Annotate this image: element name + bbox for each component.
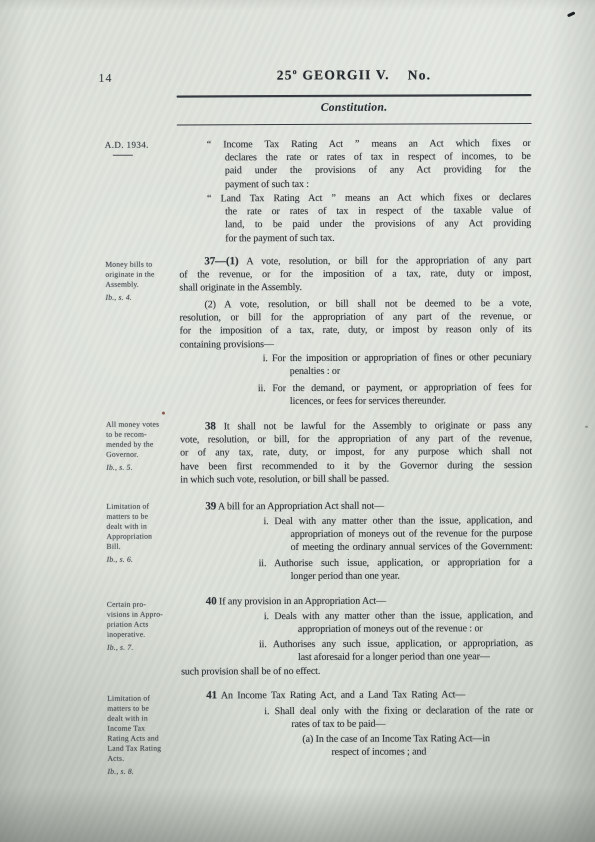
section-37-subsection-2: (2) A vote, resolution, or bill shall no… [179, 297, 531, 351]
margin-note-line: Assembly. [105, 280, 179, 290]
text-line: land, to be paid under the provisions of… [225, 217, 531, 232]
section-37-subsection-1: 37—(1) A vote, resolution, or bill for t… [179, 254, 531, 295]
margin-note-citation: Ib., s. 5. [106, 463, 180, 473]
section-41: 41 An Income Tax Rating Act, and a Land … [181, 688, 533, 703]
ink-speck [585, 426, 588, 428]
margin-note-citation: Ib., s. 8. [108, 767, 182, 777]
text-line: 41 An Income Tax Rating Act, and a Land … [206, 688, 533, 703]
text-line: 40 If any provision in an Appropriation … [206, 594, 533, 609]
section-38: 38 It shall not be lawful for the Assemb… [180, 419, 532, 486]
text-line: such provision shall be of no effect. [181, 664, 533, 679]
margin-note-line: Governor. [106, 450, 180, 460]
section-number: 38 [205, 420, 216, 432]
section-number: 39 [205, 500, 216, 512]
margin-note-citation: Ib., s. 4. [105, 293, 179, 303]
scanned-page: 14 25o GEORGII V.No. Constitution. A.D. … [0, 0, 595, 842]
text-line: last aforesaid for a longer period than … [298, 650, 533, 664]
text-line: containing provisions— [180, 337, 532, 352]
text-line: i. Deal with any matter other than the i… [263, 514, 532, 528]
margin-note-line: Appropriation [106, 532, 180, 542]
section-39-item-ii: ii. Authorise such issue, application, o… [181, 556, 533, 584]
text-line: appropriation of moneys out of the reven… [298, 622, 533, 636]
margin-note-line: Money bills to [105, 260, 179, 270]
text-line: for the payment of such tax. [225, 231, 531, 246]
margin-note-line: Limitation of [107, 694, 181, 704]
text-line: appropriation of moneys out of the reven… [290, 527, 532, 541]
margin-note-line: Acts. [107, 754, 181, 764]
act-subtitle: Constitution. [177, 101, 532, 115]
margin-note-line: visions in Appro- [107, 610, 181, 620]
section-41-item-i-para-a: (a) In the case of an Income Tax Rating … [181, 732, 533, 760]
margin-note-line: to be recom- [106, 430, 180, 440]
header-rule-top [177, 94, 532, 98]
text-line: (a) In the case of an Income Tax Rating … [302, 732, 533, 746]
text-line: i. For the imposition or appropriation o… [263, 351, 532, 365]
section-40-item-i: i. Deals with any matter other than the … [181, 609, 533, 637]
margin-note-line: Limitation of [106, 502, 180, 512]
section-40-item-ii: ii. Authorises any such issue, applicati… [181, 637, 533, 665]
text-line: or of any tax, rate, duty, or impost, fo… [180, 445, 532, 460]
text-line: penalties : or [290, 364, 532, 378]
section-37-item-i: i. For the imposition or appropriation o… [180, 351, 532, 379]
section-40-closing: such provision shall be of no effect. [181, 664, 533, 679]
section-number: 37—(1) [204, 255, 238, 267]
margin-note-s6: Limitation of matters to be dealt with i… [106, 502, 180, 565]
text-line: paid under the provisions of any Act pro… [225, 163, 531, 178]
margin-note-s7: Certain pro- visions in Appro- priation … [107, 600, 181, 653]
margin-note-s8: Limitation of matters to be dealt with i… [107, 694, 181, 777]
text-line: the rate or rates of tax in respect of t… [225, 204, 531, 219]
page-sheet: 14 25o GEORGII V.No. Constitution. A.D. … [0, 0, 595, 842]
text-run: If any provision in an Appropriation Act… [217, 596, 386, 608]
number-label: No. [408, 67, 432, 83]
margin-note-line: Certain pro- [107, 600, 181, 610]
section-40: 40 If any provision in an Appropriation … [181, 594, 533, 609]
margin-note-s4: Money bills to originate in the Assembly… [105, 260, 179, 303]
margin-note-line: matters to be [106, 512, 180, 522]
text-line: in which such vote, resolution, or bill … [180, 472, 532, 487]
text-run: An Income Tax Rating Act, and a Land Tax… [217, 689, 465, 701]
definition-land-tax-rating-act: “ Land Tax Rating Act ” means an Act whi… [179, 191, 531, 245]
regnal-ordinal: o [293, 67, 298, 76]
margin-note-line: Bill. [107, 542, 181, 552]
text-line: ii. Authorises any such issue, applicati… [259, 637, 533, 651]
text-line: rates of tax to be paid— [291, 717, 533, 731]
monarch-name: GEORGII V. [302, 67, 389, 82]
margin-note-s5: All money votes to be recom- mended by t… [106, 420, 180, 473]
text-run: A bill for an Appropriation Act shall no… [216, 501, 384, 513]
section-number: 40 [206, 595, 217, 607]
page-number: 14 [98, 71, 112, 86]
regnal-year: 25 [277, 68, 293, 83]
text-line: respect of incomes ; and [331, 745, 533, 759]
text-line: ii. For the demand, or payment, or appro… [258, 381, 532, 395]
text-run: It shall not be lawful for the Assembly … [216, 420, 532, 432]
text-line: have been first recommended to it by the… [180, 459, 532, 474]
text-line: i. Shall deal only with the fixing or de… [264, 704, 533, 718]
running-title: 25o GEORGII V.No. [176, 66, 531, 84]
text-line: longer period than one year. [291, 569, 533, 583]
margin-note-line: matters to be [107, 704, 181, 714]
text-line: of meeting the ordinary annual services … [291, 540, 533, 554]
section-39-item-i: i. Deal with any matter other than the i… [180, 514, 532, 555]
definition-income-tax-rating-act: “ Income Tax Rating Act ” means an Act w… [179, 137, 531, 191]
margin-note-citation: Ib., s. 7. [107, 643, 181, 653]
margin-note-line: Land Tax Rating [107, 744, 181, 754]
text-line: 39 A bill for an Appropriation Act shall… [205, 499, 532, 514]
margin-note-line: dealt with in [107, 714, 181, 724]
margin-note-line: originate in the [105, 270, 179, 280]
text-line: of the revenue, or for the imposition of… [179, 267, 531, 282]
text-line: licences, or fees for services thereunde… [290, 394, 532, 408]
margin-year-rule [113, 155, 133, 156]
margin-note-line: priation Acts [107, 620, 181, 630]
section-37-item-ii: ii. For the demand, or payment, or appro… [180, 381, 532, 409]
text-line: i. Deals with any matter other than the … [264, 609, 533, 623]
margin-note-line: Income Tax [107, 724, 181, 734]
margin-note-line: dealt with in [106, 522, 180, 532]
header-rule-bottom [177, 123, 532, 126]
section-41-item-i: i. Shall deal only with the fixing or de… [181, 704, 533, 732]
margin-note-citation: Ib., s. 6. [107, 555, 181, 565]
section-39: 39 A bill for an Appropriation Act shall… [180, 499, 532, 514]
ink-speck [162, 412, 165, 415]
text-line: declares the rate or rates of tax in res… [225, 150, 531, 165]
text-line: for the imposition of a tax, rate, duty,… [180, 323, 532, 338]
margin-note-line: Rating Acts and [107, 734, 181, 744]
section-number: 41 [206, 689, 217, 701]
margin-note-line: mended by the [106, 440, 180, 450]
margin-note-line: All money votes [106, 420, 180, 430]
text-line: shall originate in the Assembly. [179, 280, 531, 295]
text-run: A vote, resolution, or bill for the appr… [239, 255, 532, 267]
ink-speck [567, 11, 576, 17]
text-line: payment of such tax : [225, 177, 531, 192]
margin-year: A.D. 1934. [105, 140, 149, 150]
margin-note-line: inoperative. [107, 630, 181, 640]
text-line: ii. Authorise such issue, application, o… [259, 556, 533, 570]
